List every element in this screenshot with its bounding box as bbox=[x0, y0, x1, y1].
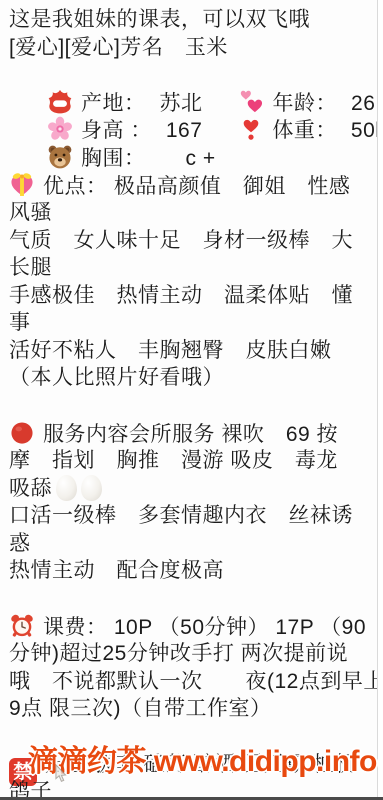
fees-line: 课费： 10P （50分钟） 17P （90 bbox=[9, 613, 374, 641]
advantages-line: 手感极佳 热情主动 温柔体贴 懂 bbox=[9, 282, 374, 310]
advantages-line: （本人比照片好看哦） bbox=[9, 364, 374, 392]
height-value: 167 bbox=[166, 119, 203, 142]
advantages-line: 事 bbox=[9, 309, 374, 337]
services-line: 吸舔 bbox=[9, 475, 374, 503]
right-page-gutter bbox=[378, 0, 383, 800]
age-label: 年龄： bbox=[273, 92, 338, 115]
cherry-blossom-icon bbox=[47, 116, 73, 142]
name-badge-icon bbox=[47, 89, 73, 115]
bust-label: 胸围： bbox=[81, 147, 146, 170]
height-label: 身高 ： bbox=[81, 119, 152, 142]
intro-line-1: 这是我姐妹的课表，可以双飞哦 bbox=[9, 6, 374, 34]
screenshot-root: 这是我姐妹的课表，可以双飞哦 [爱心][爱心]芳名 玉米 产地：苏北年龄：26 … bbox=[0, 0, 383, 800]
advantages-line: 优点： 极品高颜值 御姐 性感 bbox=[9, 172, 374, 200]
mouse-cursor-icon bbox=[53, 764, 68, 789]
egg-icon bbox=[56, 475, 77, 501]
services-text: 吸舔 bbox=[9, 477, 52, 500]
fees-line: 分钟)超过25分钟改手打 两次提前说 bbox=[9, 640, 374, 668]
right-edge-divider bbox=[377, 0, 378, 800]
profile-row-origin-age: 产地：苏北年龄：26 bbox=[9, 61, 374, 89]
red-circle-icon bbox=[9, 420, 35, 446]
services-line: 热情主动 配合度极高 bbox=[9, 557, 374, 585]
fees-line: 9点 限三次)（自带工作室） bbox=[9, 695, 374, 723]
ad-text-content: 这是我姐妹的课表，可以双飞哦 [爱心][爱心]芳名 玉米 产地：苏北年龄：26 … bbox=[9, 6, 374, 800]
origin-label: 产地： bbox=[81, 92, 146, 115]
services-section: 服务内容会所服务 裸吹 69 按 摩 指划 胸推 漫游 吸皮 毒龙 吸舔 口活一… bbox=[9, 420, 374, 585]
bust-value: c + bbox=[186, 147, 216, 170]
services-text: 服务内容会所服务 裸吹 69 按 bbox=[43, 423, 338, 446]
bear-icon bbox=[47, 144, 73, 170]
fees-text: 课费： 10P （50分钟） 17P （90 bbox=[43, 616, 366, 639]
services-line: 摩 指划 胸推 漫游 吸皮 毒龙 bbox=[9, 447, 374, 475]
services-line: 服务内容会所服务 裸吹 69 按 bbox=[9, 420, 374, 448]
advantages-section: 优点： 极品高颜值 御姐 性感 风骚 气质 女人味十足 身材一级棒 大 长腿 手… bbox=[9, 172, 374, 392]
age-value: 26 bbox=[351, 92, 375, 115]
heart-with-ribbon-icon bbox=[9, 172, 35, 198]
services-line: 口活一级棒 多套情趣内衣 丝袜诱 bbox=[9, 502, 374, 530]
two-hearts-icon bbox=[239, 89, 265, 115]
weight-label: 体重： bbox=[272, 119, 337, 142]
advantages-line: 气质 女人味十足 身材一级棒 大 bbox=[9, 227, 374, 255]
fees-line: 哦 不说都默认一次 夜(12点到早上 bbox=[9, 668, 374, 696]
advantages-text: 优点： 极品高颜值 御姐 性感 bbox=[43, 175, 350, 198]
origin-value: 苏北 bbox=[160, 92, 203, 115]
advantages-line: 活好不粘人 丰胸翘臀 皮肤白嫩 bbox=[9, 337, 374, 365]
egg-icon bbox=[81, 475, 102, 501]
watermark-text: 滴滴约茶 www.didipp.info bbox=[28, 736, 377, 780]
services-line: 惑 bbox=[9, 530, 374, 558]
fees-section: 课费： 10P （50分钟） 17P （90 分钟)超过25分钟改手打 两次提前… bbox=[9, 613, 374, 723]
heart-exclamation-icon bbox=[238, 116, 264, 142]
advantages-line: 长腿 bbox=[9, 254, 374, 282]
intro-line-2: [爱心][爱心]芳名 玉米 bbox=[9, 34, 374, 62]
advantages-line: 风骚 bbox=[9, 199, 374, 227]
alarm-clock-icon bbox=[9, 613, 35, 639]
